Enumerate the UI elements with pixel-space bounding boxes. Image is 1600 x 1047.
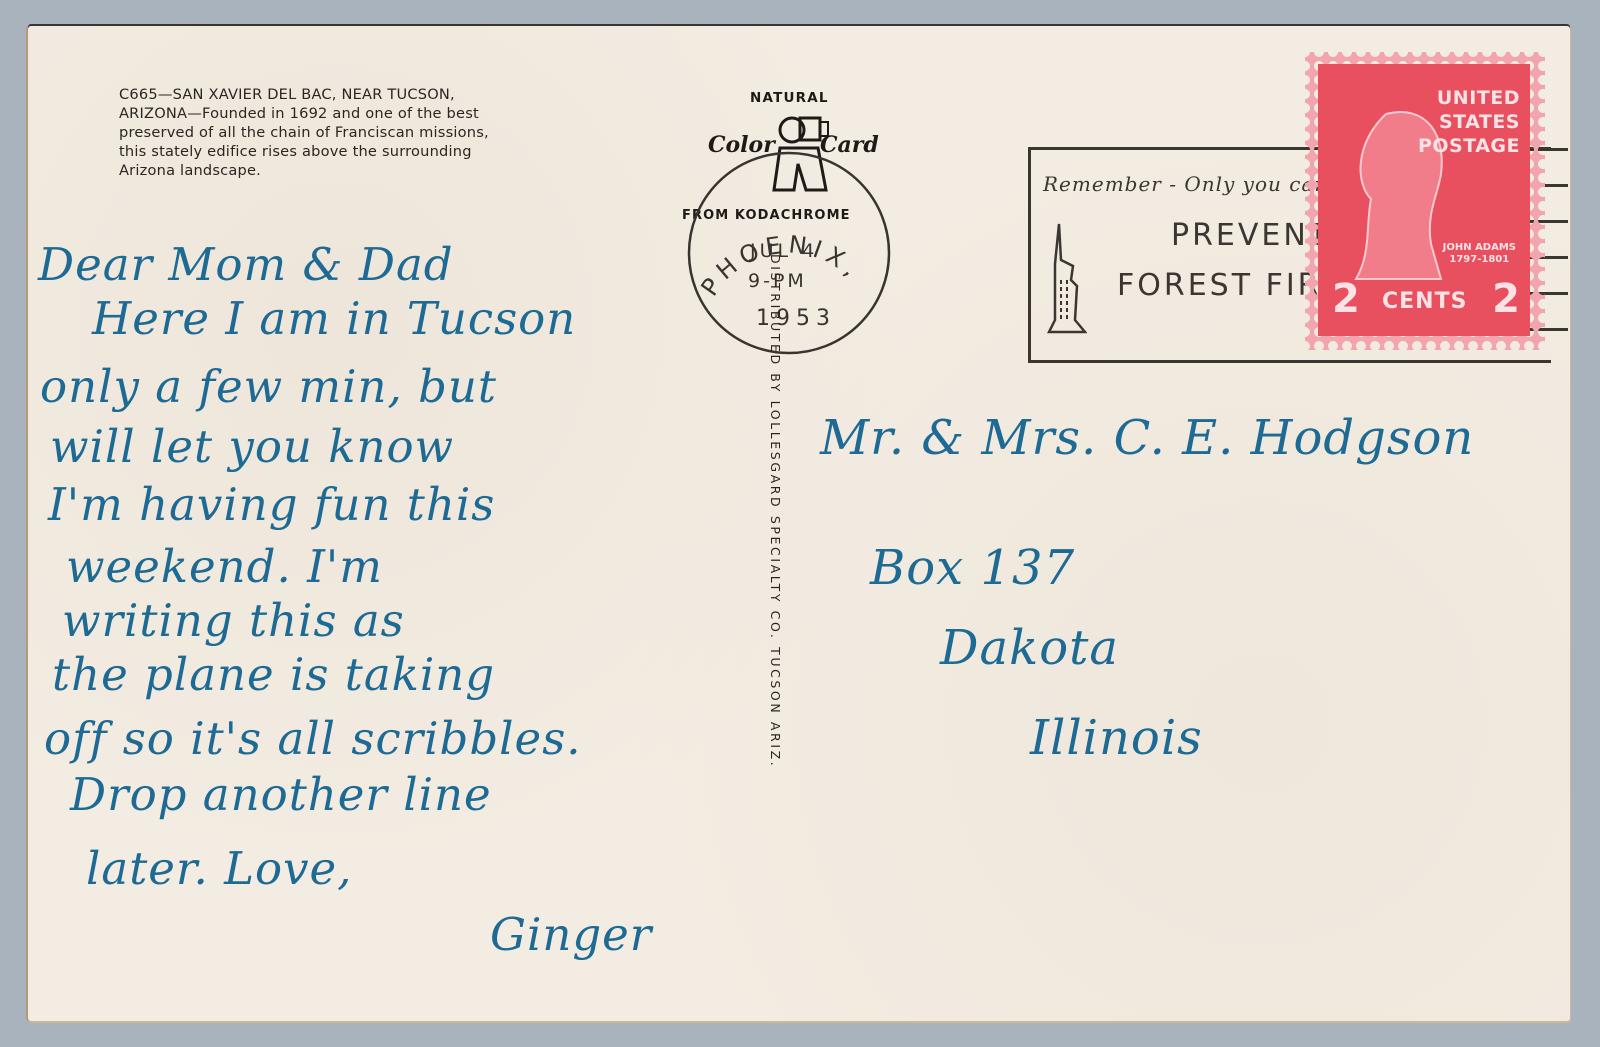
- circular-postmark: PHOENIX, ARIZ. JUL 4 9-PM 1953: [684, 148, 894, 358]
- message-line: later. Love,: [86, 842, 352, 895]
- caption-line: preserved of all the chain of Franciscan…: [119, 123, 684, 142]
- message-line: the plane is taking: [52, 648, 495, 701]
- address-line: Dakota: [940, 620, 1119, 676]
- printed-caption: C665—SAN XAVIER DEL BAC, NEAR TUCSON, AR…: [119, 85, 684, 180]
- stamp-value-left: 2: [1332, 276, 1360, 322]
- message-line: Here I am in Tucson: [92, 292, 576, 345]
- message-line: Drop another line: [70, 768, 492, 821]
- postmark-date: JUL 4: [750, 240, 818, 262]
- caption-line: Arizona landscape.: [119, 161, 684, 180]
- stamp-value-right: 2: [1492, 276, 1520, 322]
- postage-stamp: UNITED STATES POSTAGE JOHN ADAMS 1797-18…: [1318, 64, 1530, 336]
- stamp-portrait-name: JOHN ADAMS 1797-1801: [1443, 242, 1516, 266]
- address-line: Box 137: [870, 540, 1075, 596]
- slogan-line-1: Remember - Only you can: [1043, 172, 1328, 196]
- message-line: will let you know: [50, 420, 454, 473]
- caption-line: ARIZONA—Founded in 1692 and one of the b…: [119, 104, 684, 123]
- address-line: Illinois: [1030, 710, 1203, 766]
- caption-line: this stately edifice rises above the sur…: [119, 142, 684, 161]
- message-line: Dear Mom & Dad: [38, 238, 454, 291]
- stamp-years: 1797-1801: [1443, 254, 1516, 266]
- stamp-unit: CENTS: [1382, 289, 1467, 314]
- stamp-title-line: UNITED: [1418, 86, 1520, 110]
- burning-tree-icon: [1047, 220, 1087, 335]
- message-line: I'm having fun this: [48, 478, 495, 531]
- stamp-title: UNITED STATES POSTAGE: [1418, 86, 1520, 158]
- signature: Ginger: [490, 908, 652, 961]
- message-line: writing this as: [62, 594, 405, 647]
- stamp-title-line: POSTAGE: [1418, 134, 1520, 158]
- stamp-title-line: STATES: [1418, 110, 1520, 134]
- message-line: only a few min, but: [40, 360, 497, 413]
- message-line: off so it's all scribbles.: [44, 712, 582, 765]
- publisher-credit: DISTRIBUTED BY LOLLESGARD SPECIALTY CO. …: [768, 254, 783, 954]
- address-line: Mr. & Mrs. C. E. Hodgson: [820, 410, 1474, 466]
- message-line: weekend. I'm: [66, 540, 383, 593]
- stamp-name-text: JOHN ADAMS: [1443, 242, 1516, 254]
- caption-line: C665—SAN XAVIER DEL BAC, NEAR TUCSON,: [119, 85, 684, 104]
- logo-top-text: NATURAL: [750, 90, 829, 106]
